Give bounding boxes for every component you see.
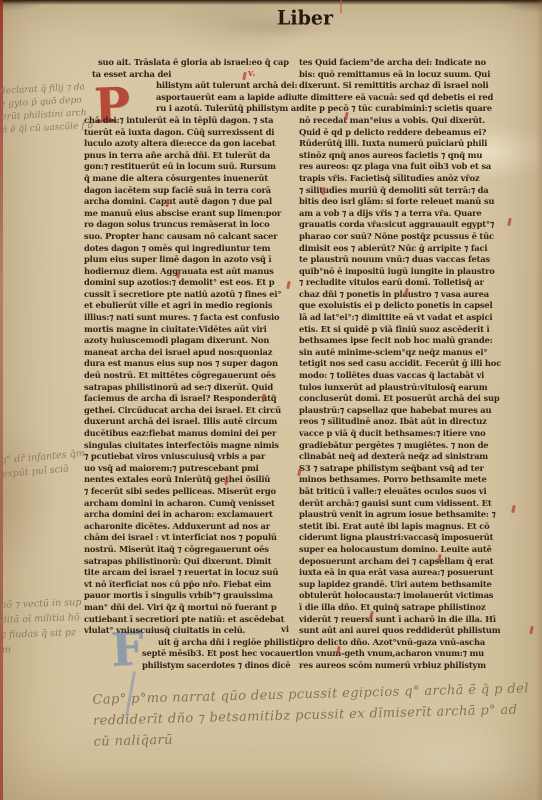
text-line: ī die illa dño. Et quinq̄ satrape philis… — [299, 602, 540, 614]
text-line: iuxta eā in qua erāt vasa aurea:⁊ posuer… — [299, 567, 540, 579]
running-title: Liber — [277, 6, 333, 29]
text-line: bāt triticū ī valle:⁊ eleuātes oculos su… — [299, 486, 540, 498]
red-hairline-mark — [340, 0, 342, 13]
text-line: tulos iunxerūt ad plaustrū:vitulosq̄ ear… — [299, 382, 540, 394]
text-line: duxerunt archā dei israel. Illis autē ci… — [84, 416, 299, 428]
text-line: modo: ⁊ tollētes duas vaccas q̄ lactabāt… — [299, 370, 540, 382]
text-line: dimisit eos ⁊ abierūt? Nūc ḡ arripite ⁊ … — [299, 243, 540, 255]
text-line: satrapas philistinorū ad se:⁊ dixerūt. Q… — [84, 382, 299, 394]
text-line: plaustrū:⁊ capsellaz que habebat mures a… — [299, 405, 540, 417]
text-line: uo vsq̄ ad maiorem:⁊ putrescebant pmi — [84, 463, 299, 475]
manuscript-page: Liber P v. vi F suo ait. Trāslata ē glor… — [0, 0, 542, 800]
text-line: vt nō īterficiat nos cū pp̄o nr̄o. Fieba… — [84, 579, 299, 591]
text-line: vacce p viā q̄ ducit bethsames:⁊ itīere … — [299, 428, 540, 440]
text-line: chaz dñi ⁊ ponetis in plaustro ⁊ vasa au… — [299, 289, 540, 301]
text-line: pharao cor suū? Nōne postq̄z pcussus ē t… — [299, 231, 540, 243]
text-line: q̄ mane die altera cōsurgentes inuenerūt — [84, 173, 299, 185]
text-line: tetigit nos sed casu accidit. Fecerūt ḡ … — [299, 358, 540, 370]
text-line: lā ad lat°ei°:⁊ dimittite eā vt vadat et… — [299, 312, 540, 324]
text-line: plaustrū venit in agrum iosue bethsamite… — [299, 509, 540, 521]
text-line: etis. Et si quidē p viā finiū suoz ascēd… — [299, 324, 540, 336]
text-line: mortis magne in ciuitate:Vidētes aūt vir… — [84, 324, 299, 336]
text-line: plum eius super limē dagon in azoto vsq̄… — [84, 254, 299, 266]
text-line: acharonite dicētes. Adduxerunt ad nos ar — [84, 521, 299, 533]
text-line: deū nostrū. Et mittētes cōgregauerunt oē… — [84, 370, 299, 382]
text-line: singulas ciuitates interfectōis magne ni… — [84, 440, 299, 452]
text-line: ru i azotū. Tulerūtq̄ philistym ar — [84, 103, 299, 115]
text-line: concluserūt domī. Et posuerūt archā dei … — [299, 393, 540, 405]
text-line: am a vob ⁊ a dijs vr̄is ⁊ a terra vr̄a. … — [299, 208, 540, 220]
text-line: cutiebant ī secretiori pte natiū: et asc… — [84, 614, 299, 626]
text-line: ducētibus eaz:fiebat manus domini dei pe… — [84, 428, 299, 440]
text-line: ciderunt ligna plaustri:vaccasq̄ imposue… — [299, 532, 540, 544]
page-top-edge — [0, 0, 542, 5]
text-line: res aureos scōm numerū vrbiuz philistym — [299, 660, 540, 672]
text-line: uit ḡ archa dñi i regiōe philistiōz — [84, 637, 299, 649]
text-line: illius:⁊ nati sunt mures. ⁊ facta est co… — [84, 312, 299, 324]
text-line: clinabāt neq̄ ad dexterā neq̄z ad sinist… — [299, 451, 540, 463]
text-line: dura est manus eius sup nos ⁊ super dago… — [84, 358, 299, 370]
text-line: reos ⁊ sīlitudinē anoz. Ibāt aūt in dire… — [299, 416, 540, 428]
text-line: gon:⁊ restituerūt eū in locum suū. Rursu… — [84, 161, 299, 173]
text-line: suo. Propter hanc causam nō calcant sace… — [84, 231, 299, 243]
text-line: super ea holocaustum domino. Leuite autē — [299, 544, 540, 556]
text-line: te plaustrū nouum vnū:⁊ duas vaccas feta… — [299, 254, 540, 266]
text-line: res aureos: qz plaga vna fuit oīb3 vob e… — [299, 161, 540, 173]
text-line: dotes dagon ⁊ omēs qui ingrediuntur tem — [84, 243, 299, 255]
annotation-bottom: Cap° p°mo narrat qūo deus pcussit egipci… — [92, 678, 529, 752]
text-line: philistym sacerdotes ⁊ dinos dicē — [84, 660, 299, 672]
text-line: luculo azoty altera die:ecce da gon iace… — [84, 138, 299, 150]
text-line: bethsames ipse fecit nob hoc malū grande… — [299, 335, 540, 347]
margin-note-top-left: declarat q̄ filij ⁊ daz gyto p̄ quō depo… — [0, 80, 104, 137]
text-line: trapis vr̄is. Facietisq̄ sīlitudīes anōz… — [299, 173, 540, 185]
text-line: derūt archā:⁊ gauisi sunt cum vidissent.… — [299, 498, 540, 510]
text-line: Rūderūtq̄ illi. Iuxta numerū puīciarū ph… — [299, 138, 540, 150]
text-line: ta esset archa dei — [84, 69, 299, 81]
text-line: que exoluistis ei p delicto ponetis in c… — [299, 300, 540, 312]
text-line: bitis deo isrl glām: si forte releuet ma… — [299, 196, 540, 208]
text-line: maneat archa dei israel apud nos:quoniaz — [84, 347, 299, 359]
text-line: obtulerūt holocausta:⁊ imolauerūt victim… — [299, 590, 540, 602]
text-line: archa domini. Caput autē dagon ⁊ due pal — [84, 196, 299, 208]
margin-note-lower-left: nō ⁊ vectū in supditā oī militia hō⁊ fiu… — [0, 594, 106, 658]
text-line: nō recedat man°eius a vobis. Qui dixerūt… — [299, 115, 540, 127]
text-line: satrapas philistinorū: Qui dixerunt. Dim… — [84, 556, 299, 568]
text-line: chām dei israel : vt interficiat nos ⁊ p… — [84, 532, 299, 544]
text-line: dagon iacētem sup faciē suā in terra cor… — [84, 185, 299, 197]
text-line: lon vnum-geth vnum,acharon vnum:⁊ mu — [299, 648, 540, 660]
text-line: domini sup azotios:⁊ demolit° est eos. E… — [84, 277, 299, 289]
text-line: asportauerūt eam a lapide adiuto — [84, 92, 299, 104]
text-line: minos bethsames. Porro bethsamite mete — [299, 474, 540, 486]
text-line: sin autē minime-sciem°qz neq̄z manus ei° — [299, 347, 540, 359]
text-line: Quid ē qd p delicto reddere debeamus ei? — [299, 127, 540, 139]
text-line: septē mēsib3. Et post hec vocauert — [84, 648, 299, 660]
text-line: tite arcam dei israel ⁊ reuertat in locu… — [84, 567, 299, 579]
text-line: tes Quid faciem°de archa dei: Indicate n… — [299, 57, 540, 69]
text-line: cussit ī secretiore pte natiū azotū ⁊ fi… — [84, 289, 299, 301]
text-line: nentes extales eorū Inierūtq̄ gethei ōsi… — [84, 474, 299, 486]
text-line: ro dagon solus truncus remāserat in loco — [84, 219, 299, 231]
text-line: tuerūt eā iuxta dagon. Cūq̄ surrexissent… — [84, 127, 299, 139]
text-line: dixerunt. Si remittitis archaz dī israel… — [299, 80, 540, 92]
text-line: te dimittere eā vacuā: sed qd debetis ei… — [299, 92, 540, 104]
text-line: me manuū eius abscise erant sup limen:po… — [84, 208, 299, 220]
text-line: hodiernuz diem. Aggrauata est aūt manus — [84, 266, 299, 278]
text-line: ⁊ pcutiebat viros vniuscuiusq̄ vrbis a p… — [84, 451, 299, 463]
text-line: azoty huiuscemodi plagam dixerunt. Non — [84, 335, 299, 347]
text-line: pauor mortis ī singulis vrbib°⁊ grauissi… — [84, 590, 299, 602]
text-line: nostrū. Miserūt itaq̄ ⁊ cōgregauerunt oē… — [84, 544, 299, 556]
text-line: viderūt ⁊ reuersi sunt ī acharō in die i… — [299, 614, 540, 626]
text-column-left: suo ait. Trāslata ē gloria ab israel:eo … — [84, 57, 299, 675]
text-line: vlulat° vniuscuiusq̄ ciuitatis in celū. — [84, 625, 299, 637]
text-line: bis: quō remittamus eā in locuz suum. Qu… — [299, 69, 540, 81]
text-line: man° dñi dei. Viri q̄z q̄ mortui nō fuer… — [84, 602, 299, 614]
text-line: suo ait. Trāslata ē gloria ab israel:eo … — [84, 57, 299, 69]
text-line: grauatis corda vr̄a:sicut aggrauauit egy… — [299, 219, 540, 231]
text-line: dite p pecō ⁊ tūc curabimini:⁊ scietis q… — [299, 103, 540, 115]
text-line: pro delicto dño. Azot°vnū-gaza vnū-ascha — [299, 637, 540, 649]
text-line: ⁊ recludite vitulos earū domī. Tolletisq… — [299, 277, 540, 289]
text-line: sup lapidez grandē. Uiri autem bethsamit… — [299, 579, 540, 591]
text-line: gethei. Circūducat archa dei israel. Et … — [84, 405, 299, 417]
text-line: archa domini dei in acharon: exclamauert — [84, 509, 299, 521]
text-line: chā dei:⁊ intulerūt eā in tēplū dagon. ⁊… — [84, 115, 299, 127]
text-line: sunt aūt ani aurei quos reddiderūt phili… — [299, 625, 540, 637]
text-line: ⁊ sīlitudīes muriū q̄ demoliti sūt terrā… — [299, 185, 540, 197]
text-line: et ebulierūt ville et agri in medio regi… — [84, 300, 299, 312]
text-line: quib°nō ē impositū iugū iungite in plaus… — [299, 266, 540, 278]
text-line: stetit ibi. Erat autē ibi lapis magnus. … — [299, 521, 540, 533]
text-line: pnus in terra añe archā dñi. Et tulerūt … — [84, 150, 299, 162]
text-column-right: tes Quid faciem°de archa dei: Indicate n… — [299, 57, 540, 675]
text-line: hilistym aūt tulerunt archā dei: et — [84, 80, 299, 92]
text-line: ⁊ fecerūt sibi sedes pelliceas. Miserūt … — [84, 486, 299, 498]
text-line: S3 ⁊ satrape philistym seq̄bant vsq̄ ad … — [299, 463, 540, 475]
text-line: deposuerunt archam dei ⁊ capsellam q̄ er… — [299, 556, 540, 568]
text-line: gradiebātur pergētes ⁊ mugiētes. ⁊ non d… — [299, 440, 540, 452]
text-line: faciemus de archa dī israel? Responderūt… — [84, 393, 299, 405]
text-line: stinōz qnq̄ anos aureos facietis ⁊ qnq̄ … — [299, 150, 540, 162]
text-line: archam domini in acharon. Cumq̄ venisset — [84, 498, 299, 510]
